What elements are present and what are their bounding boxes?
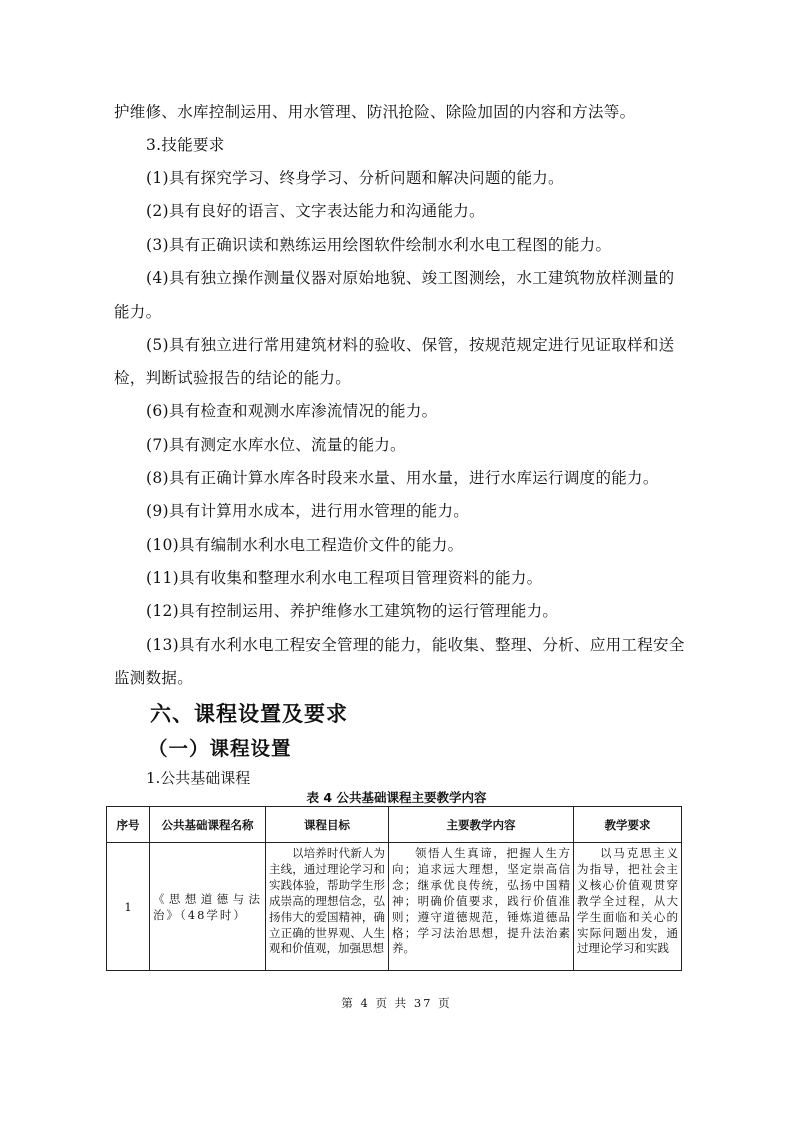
col-header-course-name: 公共基础课程名称 — [150, 807, 266, 843]
skill-item-4: (4)具有独立操作测量仪器对原始地貌、竣工图测绘，水工建筑物放样测量的 — [146, 268, 674, 288]
skill-item-11: (11)具有收集和整理水利水电工程项目管理资料的能力。 — [146, 568, 542, 588]
skill-item-9: (9)具有计算用水成本，进行用水管理的能力。 — [146, 501, 469, 521]
row-number: 1 — [107, 843, 150, 971]
table-row: 1 《思想道德与法治》（48学时） 以培养时代新人为主线，通过理论学习和实践体验… — [107, 843, 682, 971]
skill-requirements-heading: 3.技能要求 — [146, 135, 225, 155]
skill-item-6: (6)具有检查和观测水库渗流情况的能力。 — [146, 401, 437, 421]
course-content-text: 领悟人生真谛，把握人生方向；追求远大理想，坚定崇高信念；继承优良传统，弘扬中国精… — [392, 846, 570, 957]
subsection-title: 1.公共基础课程 — [146, 767, 250, 788]
skill-item-10: (10)具有编制水利水电工程造价文件的能力。 — [146, 535, 463, 555]
skill-item-5-cont: 检，判断试验报告的结论的能力。 — [114, 368, 351, 388]
skill-item-7: (7)具有测定水库水位、流量的能力。 — [146, 435, 406, 455]
course-requirement-text: 以马克思主义为指导，把社会主义核心价值观贯穿教学全过程，从大学生面临和关心的实际… — [577, 846, 678, 957]
course-table: 序号 公共基础课程名称 课程目标 主要教学内容 教学要求 1 《思想道德与法治》… — [106, 806, 682, 971]
course-requirement: 以马克思主义为指导，把社会主义核心价值观贯穿教学全过程，从大学生面临和关心的实际… — [574, 843, 682, 971]
skill-item-5: (5)具有独立进行常用建筑材料的验收、保管，按规范规定进行见证取样和送 — [146, 335, 674, 355]
col-header-requirement: 教学要求 — [574, 807, 682, 843]
paragraph-line: 护维修、水库控制运用、用水管理、防汛抢险、除险加固的内容和方法等。 — [114, 102, 635, 122]
course-name: 《思想道德与法治》（48学时） — [150, 843, 266, 971]
skill-item-8: (8)具有正确计算水库各时段来水量、用水量，进行水库运行调度的能力。 — [146, 468, 659, 488]
course-goal: 以培养时代新人为主线，通过理论学习和实践体验，帮助学生形成崇高的理想信念，弘扬伟… — [266, 843, 389, 971]
course-goal-text: 以培养时代新人为主线，通过理论学习和实践体验，帮助学生形成崇高的理想信念，弘扬伟… — [269, 846, 385, 957]
skill-item-1: (1)具有探究学习、终身学习、分析问题和解决问题的能力。 — [146, 168, 564, 188]
skill-item-13: (13)具有水利水电工程安全管理的能力，能收集、整理、分析、应用工程安全 — [146, 635, 685, 655]
page-footer: 第 4 页 共 37 页 — [0, 995, 793, 1011]
section-heading: 六、课程设置及要求 — [150, 698, 348, 728]
skill-item-12: (12)具有控制运用、养护维修水工建筑物的运行管理能力。 — [146, 601, 558, 621]
subsection-heading: （一）课程设置 — [148, 733, 292, 761]
skill-item-2: (2)具有良好的语言、文字表达能力和沟通能力。 — [146, 201, 485, 221]
col-header-number: 序号 — [107, 807, 150, 843]
course-content: 领悟人生真谛，把握人生方向；追求远大理想，坚定崇高信念；继承优良传统，弘扬中国精… — [389, 843, 574, 971]
skill-item-13-cont: 监测数据。 — [114, 668, 193, 688]
col-header-content: 主要教学内容 — [389, 807, 574, 843]
skill-item-4-cont: 能力。 — [114, 302, 161, 322]
skill-item-3: (3)具有正确识读和熟练运用绘图软件绘制水利水电工程图的能力。 — [146, 235, 611, 255]
table-header-row: 序号 公共基础课程名称 课程目标 主要教学内容 教学要求 — [107, 807, 682, 843]
table-caption: 表 4 公共基础课程主要教学内容 — [0, 788, 793, 806]
col-header-goal: 课程目标 — [266, 807, 389, 843]
